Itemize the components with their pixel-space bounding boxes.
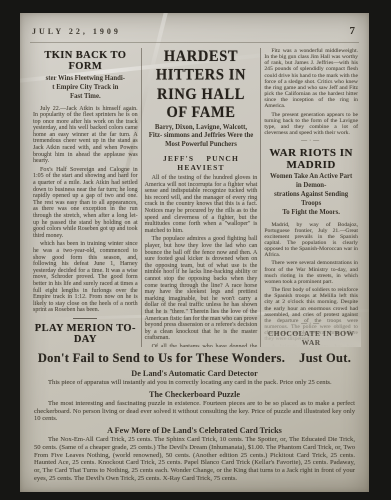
main-headline: HARDEST HITTERS IN RING HALL OF FAME [145, 48, 258, 123]
ad-item-heading: A Few More of De Land's Celebrated Card … [30, 426, 359, 435]
paragraph: July 22.—Jack Atkin is himself again. In… [33, 106, 138, 165]
ad-title-main: Don't Fail to Send to Us for These Wonde… [38, 351, 285, 365]
war-deck: Women Take An Active Part in Demon- stra… [268, 173, 354, 217]
deck-line: Women Take An Active Part in Demon- [268, 173, 354, 191]
deck-line: To Fight the Moors. [268, 209, 354, 218]
ad-title: Don't Fail to Send to Us for These Wonde… [30, 351, 359, 366]
cut-off-headline: CHOCOLATE IN BOW WAR [261, 329, 361, 347]
ad-item-heading: De Land's Automatic Card Detector [30, 369, 359, 378]
deck-line: Fast Time. [37, 93, 134, 102]
story-headline: PLAY MERION TO-DAY [33, 323, 138, 345]
dateline: JULY 22, 1909 [32, 27, 121, 36]
paragraph: Of all the bantams who have donned the t… [145, 344, 258, 347]
page-header: JULY 22, 1909 7 [32, 25, 355, 37]
ad-item-text: The Nox-Em-All Card Trick, 25 cents. The… [34, 436, 355, 483]
paragraph: Fitz was a wonderful middleweight. In th… [264, 48, 358, 110]
ad-item-text: This piece of apparatus will instantly a… [34, 379, 355, 387]
clipped-headline-fragment: —·— CHOCOLATE IN BOW WAR [261, 317, 361, 347]
ad-item-heading: The Checkerboard Puzzle [30, 390, 359, 399]
story-body: July 22.—Jack Atkin is himself again. In… [33, 106, 138, 314]
crosshead: JEFF'S PUNCH HEAVIEST [145, 154, 258, 172]
center-column: HARDEST HITTERS IN RING HALL OF FAME Bar… [142, 48, 261, 347]
ad-item-text: The most interesting and fascinating puz… [34, 400, 355, 423]
deck-line: t Empire City Track in [37, 84, 134, 93]
paragraph: Fox's Half Sovereign and Calogne in 1:05… [33, 167, 138, 240]
left-column: TKIN BACK TO FORM ster Wins Fleetwing Ha… [30, 48, 141, 347]
story-body: All of the testing of the hundred gloves… [145, 175, 258, 347]
story-headline: TKIN BACK TO FORM [33, 50, 138, 72]
scanned-newspaper-screenshot: JULY 22, 1909 7 TKIN BACK TO FORM ster W… [0, 0, 391, 500]
section-divider: —·— [261, 321, 361, 327]
newspaper-page: JULY 22, 1909 7 TKIN BACK TO FORM ster W… [20, 13, 369, 492]
advertisement-section: Don't Fail to Send to Us for These Wonde… [30, 351, 359, 490]
story-deck: ster Wins Fleetwing Handi- t Empire City… [37, 75, 134, 101]
deck-line: ster Wins Fleetwing Handi- [37, 75, 134, 84]
paragraph: There were several demonstrations in fro… [264, 260, 358, 285]
war-headline: WAR RIOTS IN MADRID [264, 147, 358, 171]
paragraph: The present generation appears to be tur… [264, 112, 358, 137]
page-number: 7 [350, 25, 356, 37]
story-continuation: Fitz was a wonderful middleweight. In th… [264, 48, 358, 136]
headline-line: RING HALL OF FAME [145, 86, 258, 124]
header-rule [30, 42, 359, 43]
main-deck: Barry, Dixon, Lavigne, Walcott, Fitz- si… [149, 124, 254, 150]
deck-line: strations Against Sending Troops [268, 191, 354, 209]
column-area: TKIN BACK TO FORM ster Wins Fleetwing Ha… [30, 48, 361, 347]
headline-line: HARDEST HITTERS IN [145, 48, 258, 86]
right-column: Fitz was a wonderful middleweight. In th… [261, 48, 361, 347]
paragraph: The populace admires a good fighting bal… [145, 236, 258, 342]
section-divider: —·— [264, 138, 358, 144]
paragraph: All of the testing of the hundred gloves… [145, 175, 258, 234]
paragraph: Madrid, by way of Bodajoz, Portuguese fr… [264, 222, 358, 259]
paragraph: which has been in training winter since … [33, 241, 138, 314]
story-divider-rule [73, 318, 97, 319]
ad-title-sub: Just Out. [299, 351, 351, 365]
